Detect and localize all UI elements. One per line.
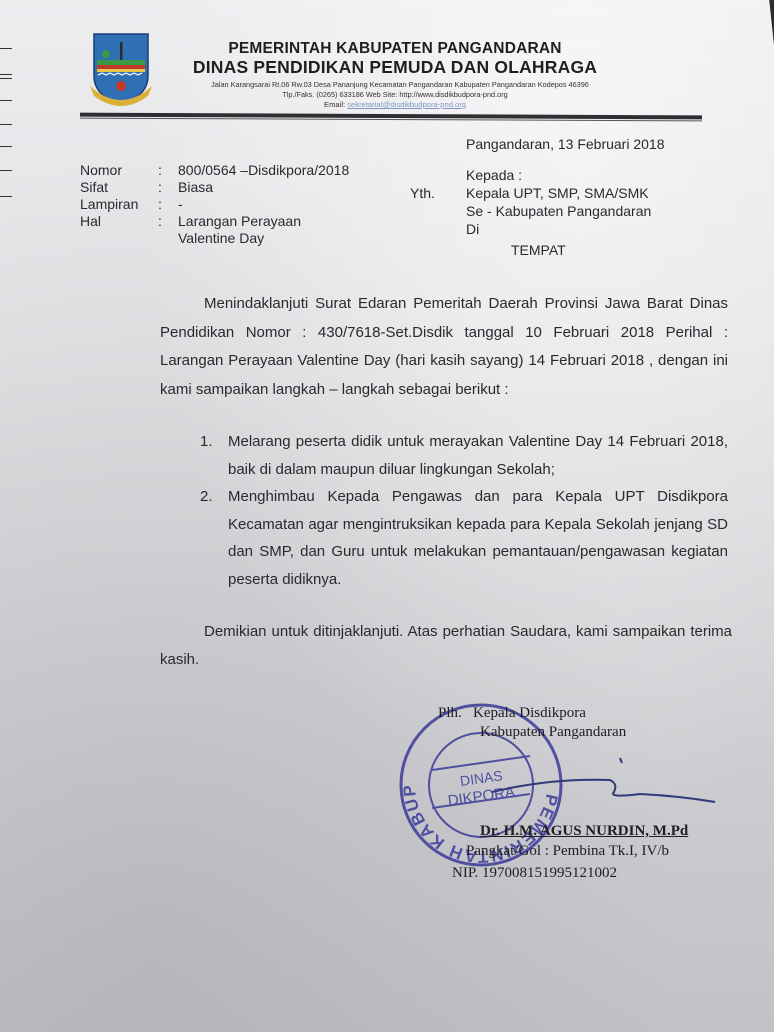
letterhead-contact: Tlp./Faks. (0265) 633186 Web Site: http:…	[160, 90, 630, 99]
signatory-rank: Pangkat/Gol : Pembina Tk.I, IV/b	[466, 842, 669, 861]
plh-label: Plh.	[438, 705, 462, 721]
instruction-list: 1. Melarang peserta didik untuk merayaka…	[200, 428, 728, 593]
recipient-tempat: TEMPAT	[511, 241, 566, 259]
letterhead: PEMERINTAH KABUPATEN PANGANDARAN DINAS P…	[160, 40, 630, 109]
meta-key: Hal	[80, 213, 158, 247]
meta-sep: :	[158, 162, 178, 179]
meta-value: -	[178, 196, 183, 213]
meta-row-lampiran: Lampiran : -	[80, 196, 349, 213]
letterhead-government: PEMERINTAH KABUPATEN PANGANDARAN	[160, 40, 630, 58]
recipient-block: Kepada : Yth.Kepala UPT, SMP, SMA/SMK Se…	[410, 166, 651, 259]
recipient-line1: Kepala UPT, SMP, SMA/SMK	[466, 184, 649, 202]
list-number: 1.	[200, 428, 228, 483]
meta-key: Sifat	[80, 179, 158, 196]
meta-value: Larangan Perayaan Valentine Day	[178, 213, 301, 247]
meta-value: Biasa	[178, 179, 213, 196]
place-date: Pangandaran, 13 Februari 2018	[466, 136, 664, 152]
meta-row-hal: Hal : Larangan Perayaan Valentine Day	[80, 213, 349, 247]
recipient-line3: Di	[466, 220, 479, 238]
signature-scribble-icon	[490, 750, 720, 810]
meta-value: 800/0564 –Disdikpora/2018	[178, 162, 349, 179]
list-text: Menghimbau Kepada Pengawas dan para Kepa…	[228, 483, 728, 593]
recipient-line2: Se - Kabupaten Pangandaran	[466, 202, 651, 220]
subject-line2: Valentine Day	[178, 230, 264, 246]
letterhead-address: Jalan Karangsarai Rt.06 Rw.03 Desa Panan…	[170, 80, 630, 89]
closing-paragraph: Demikian untuk ditinjaklanjuti. Atas per…	[160, 618, 732, 673]
recipient-kepada: Kepada :	[466, 166, 522, 184]
signatory-name: Dr. H.M. AGUS NURDIN, M.Pd	[480, 822, 688, 841]
meta-row-nomor: Nomor : 800/0564 –Disdikpora/2018	[80, 162, 349, 179]
meta-row-sifat: Sifat : Biasa	[80, 179, 349, 196]
meta-sep: :	[158, 179, 178, 196]
recipient-yth: Yth.	[410, 184, 466, 202]
signatory-office1: Kepala Disdikpora	[473, 705, 586, 721]
list-text: Melarang peserta didik untuk merayakan V…	[228, 428, 728, 483]
list-number: 2.	[200, 483, 228, 593]
email-label: Email:	[324, 100, 345, 109]
intro-paragraph: Menindaklanjuti Surat Edaran Pemeritah D…	[160, 290, 728, 404]
list-item: 1. Melarang peserta didik untuk merayaka…	[200, 428, 728, 483]
letter-meta: Nomor : 800/0564 –Disdikpora/2018 Sifat …	[80, 162, 349, 247]
closing-text: Demikian untuk ditinjaklanjuti. Atas per…	[160, 618, 732, 673]
binder-lines	[0, 0, 14, 240]
list-item: 2. Menghimbau Kepada Pengawas dan para K…	[200, 483, 728, 593]
signatory-nip: NIP. 197008151995121002	[452, 864, 617, 883]
meta-key: Lampiran	[80, 196, 158, 213]
meta-key: Nomor	[80, 162, 158, 179]
email-link[interactable]: sekretariat@disdikbudpora-pnd.org	[347, 100, 466, 109]
letter-body: Menindaklanjuti Surat Edaran Pemeritah D…	[160, 290, 728, 404]
signature-block: Plh. Kepala Disdikpora Kabupaten Pangand…	[438, 704, 626, 742]
letterhead-email-line: Email: sekretariat@disdikbudpora-pnd.org	[160, 100, 630, 109]
meta-sep: :	[158, 213, 178, 247]
signatory-office2: Kabupaten Pangandaran	[480, 723, 626, 742]
letterhead-agency: DINAS PENDIDIKAN PEMUDA DAN OLAHRAGA	[160, 57, 630, 78]
subject-line1: Larangan Perayaan	[178, 213, 301, 229]
background-edge	[762, 0, 774, 45]
meta-sep: :	[158, 196, 178, 213]
regency-crest-icon	[88, 30, 154, 110]
